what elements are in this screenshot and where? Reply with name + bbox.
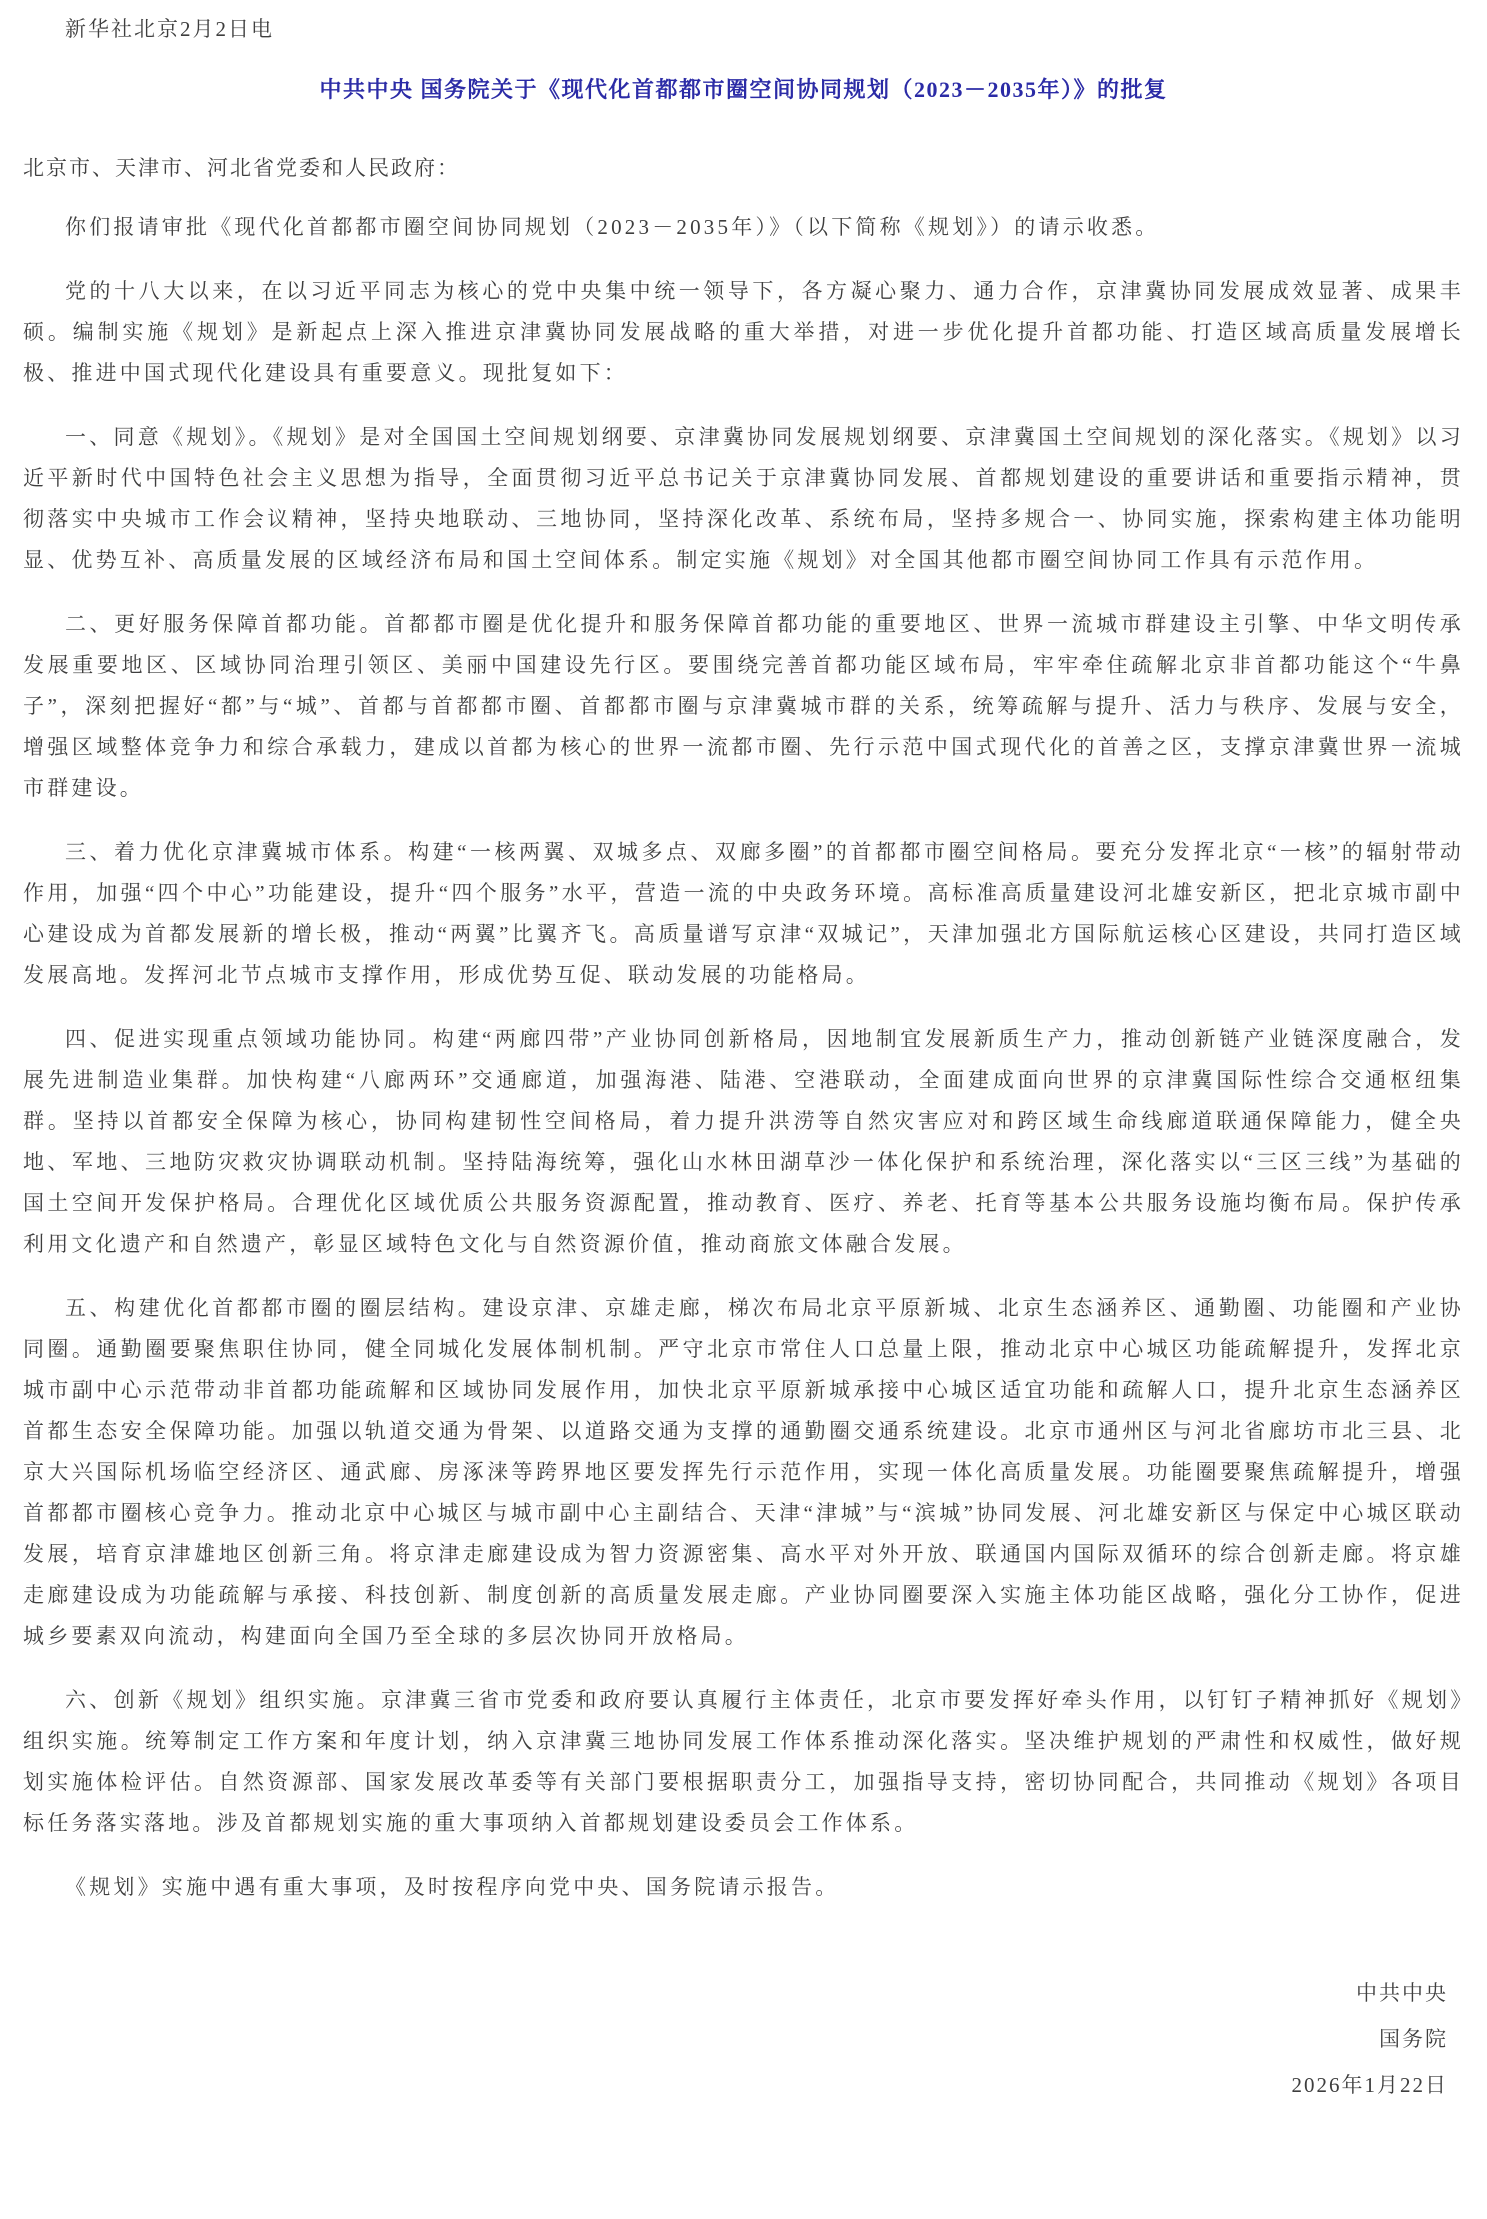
signature-date: 2026年1月22日: [23, 2062, 1448, 2108]
paragraph-item-5-circle-structure: 五、构建优化首都都市圈的圈层结构。建设京津、京雄走廊，梯次布局北京平原新城、北京…: [23, 1288, 1464, 1657]
signer-cpc-central-committee: 中共中央: [23, 1970, 1448, 2016]
paragraph-closing-report-instruction: 《规划》实施中遇有重大事项，及时按程序向党中央、国务院请示报告。: [23, 1867, 1464, 1908]
paragraph-item-1-approval: 一、同意《规划》。《规划》是对全国国土空间规划纲要、京津冀协同发展规划纲要、京津…: [23, 417, 1464, 581]
document-title: 中共中央 国务院关于《现代化首都都市圈空间协同规划（2023－2035年）》的批…: [23, 74, 1464, 106]
official-document: 新华社北京2月2日电 中共中央 国务院关于《现代化首都都市圈空间协同规划（202…: [0, 0, 1487, 2219]
paragraph-receipt-acknowledgement: 你们报请审批《现代化首都都市圈空间协同规划（2023－2035年）》（以下简称《…: [23, 207, 1464, 248]
paragraph-preamble: 党的十八大以来，在以习近平同志为核心的党中央集中统一领导下，各方凝心聚力、通力合…: [23, 271, 1464, 394]
paragraph-item-4-functional-coordination: 四、促进实现重点领域功能协同。构建“两廊四带”产业协同创新格局，因地制宜发展新质…: [23, 1019, 1464, 1265]
paragraph-item-3-city-system: 三、着力优化京津冀城市体系。构建“一核两翼、双城多点、双廊多圈”的首都都市圈空间…: [23, 832, 1464, 996]
news-agency-dateline: 新华社北京2月2日电: [23, 14, 1464, 44]
paragraph-item-6-implementation: 六、创新《规划》组织实施。京津冀三省市党委和政府要认真履行主体责任，北京市要发挥…: [23, 1680, 1464, 1844]
signer-state-council: 国务院: [23, 2016, 1448, 2062]
paragraph-item-2-capital-functions: 二、更好服务保障首都功能。首都都市圈是优化提升和服务保障首都功能的重要地区、世界…: [23, 604, 1464, 809]
salutation-line: 北京市、天津市、河北省党委和人民政府：: [23, 152, 1464, 184]
signature-block: 中共中央 国务院 2026年1月22日: [23, 1970, 1464, 2108]
